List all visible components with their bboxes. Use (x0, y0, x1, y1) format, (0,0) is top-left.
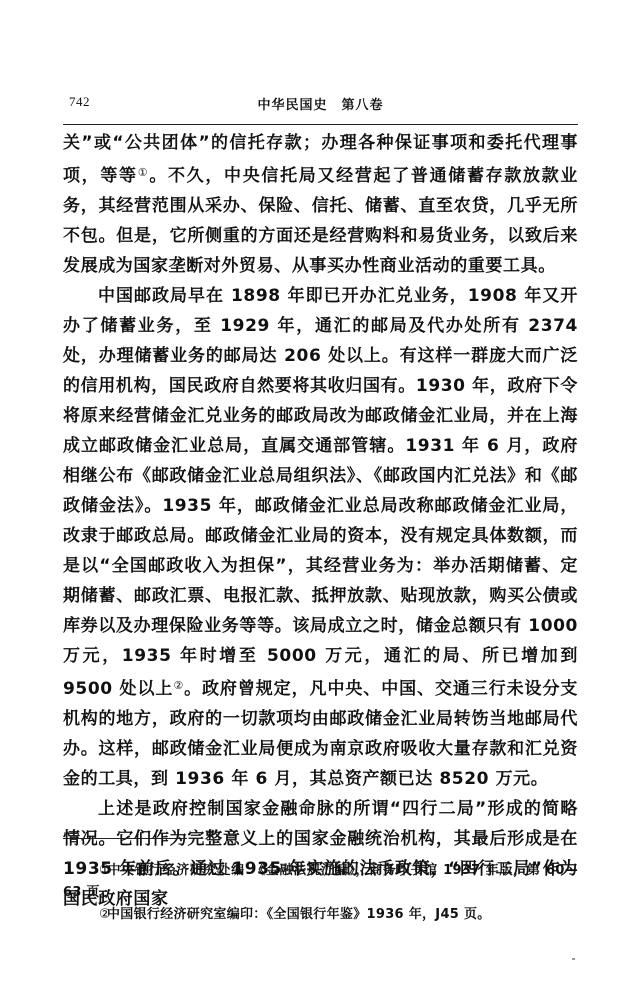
footnote-text: 中国银行经济研究室编印：《全国银行年鉴》1936 年，J45 页。 (107, 907, 491, 922)
footnote-text: 中央银行经济研究处编：《金融法规汇编》，商务印书馆 1937 年版，第 60—6… (63, 863, 578, 900)
footnote-2: ②中国银行经济研究室编印：《全国银行年鉴》1936 年，J45 页。 (63, 904, 578, 926)
footnote-1: ①中央银行经济研究处编：《金融法规汇编》，商务印书馆 1937 年版，第 60—… (63, 860, 578, 904)
footnote-rule (63, 838, 187, 839)
footnotes: ①中央银行经济研究处编：《金融法规汇编》，商务印书馆 1937 年版，第 60—… (63, 860, 578, 926)
footnote-mark: ① (81, 860, 107, 882)
paragraph-1: 关”或“公共团体”的信托存款；办理各种保证事项和委托代理事项，等等①。不久，中央… (63, 128, 578, 281)
running-head: 742 中华民国史 第八卷 (63, 94, 578, 116)
paragraph-2: 中国邮政局早在 1898 年即已开办汇兑业务，1908 年又开办了储蓄业务，至 … (63, 281, 578, 794)
book-title: 中华民国史 第八卷 (63, 94, 578, 113)
footnote-mark: ② (81, 904, 107, 926)
body-text: 关”或“公共团体”的信托存款；办理各种保证事项和委托代理事项，等等①。不久，中央… (63, 128, 578, 914)
footnote-ref-2: ② (173, 679, 184, 692)
footnote-ref-1: ① (138, 166, 150, 179)
header-rule (63, 124, 578, 125)
paragraph-text: 中国邮政局早在 1898 年即已开办汇兑业务，1908 年又开办了储蓄业务，至 … (63, 286, 578, 699)
scan-artifact (572, 958, 575, 960)
paragraph-text: 。不久，中央信托局又经营起了普通储蓄存款放款业务，其经营范围从采办、保险、信托、… (63, 166, 578, 276)
